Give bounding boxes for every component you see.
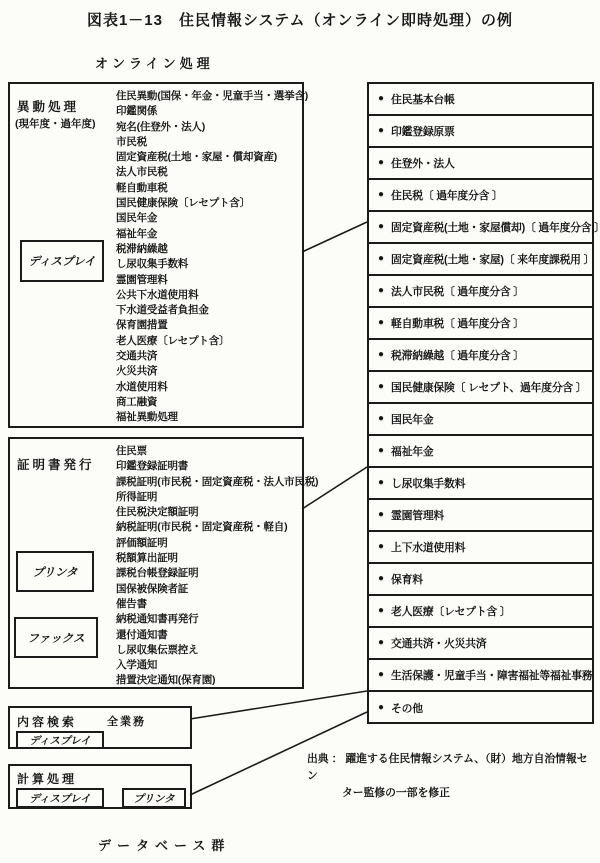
transfer-item: 保育園措置 (116, 318, 308, 333)
certificate-item: 住民税決定額証明 (116, 505, 318, 520)
bullet-icon: ● (378, 670, 384, 680)
database-row: ● 国民健康保険〔 レセプト、過年度分含 〕 (369, 372, 592, 404)
database-row: ● 交通共済・火災共済 (369, 628, 592, 660)
figure-page: 図表1－13 住民情報システム（オンライン即時処理）の例 オンライン処理 異動処… (0, 0, 600, 863)
transfer-item: 火災共済 (116, 364, 308, 379)
transfer-item: 国民健康保険〔レセプト含〕 (116, 196, 308, 211)
database-label: 老人医療〔レセプト含 〕 (391, 604, 510, 619)
display-device-box: ディスプレイ (16, 731, 104, 749)
transfer-box-sublabel: (現年度・過年度) (15, 116, 96, 131)
certificate-item: 入学通知 (116, 658, 318, 673)
transfer-item: 市民税 (116, 135, 308, 150)
certificate-item: 納税証明(市民税・固定資産税・軽自) (116, 520, 318, 535)
bullet-icon: ● (378, 510, 384, 520)
certificate-item: 催告書 (116, 597, 318, 612)
printer-device-box: プリンタ (122, 788, 186, 808)
transfer-box-label: 異動処理 (17, 97, 79, 115)
certificate-item: 印鑑登録証明書 (116, 459, 318, 474)
database-label: し尿収集手数料 (391, 476, 465, 491)
database-row: ● 固定資産税(土地・家屋)〔 来年度課税用 〕 (369, 244, 592, 276)
database-label: 保育料 (391, 572, 423, 587)
bullet-icon: ● (378, 446, 384, 456)
transfer-item-list: 住民異動(国保・年金・児童手当・選挙含) 印鑑関係 宛名(住登外・法人) 市民税… (116, 89, 308, 426)
connector-line (302, 222, 367, 252)
database-label: 軽自動車税〔 過年度分含 〕 (391, 316, 524, 331)
source-note: 出典 ： 躍進する住民情報システム、（財）地方自治情報セン ター監修の一部を修正 (307, 751, 597, 802)
content-search-box: 内容検索 全業務 ディスプレイ (8, 706, 192, 749)
transfer-item: 国民年金 (116, 211, 308, 226)
database-label: 上下水道使用料 (391, 540, 465, 555)
transfer-item: 軽自動車税 (116, 181, 308, 196)
calculation-processing-box: 計算処理 ディスプレイ プリンタ (8, 764, 192, 809)
certificate-item: 措置決定通知(保育園) (116, 673, 318, 688)
transfer-item: 公共下水道使用料 (116, 288, 308, 303)
certificate-item: し尿収集伝票控え (116, 643, 318, 658)
bullet-icon: ● (378, 94, 384, 104)
database-label: 生活保護・児童手当・障害福祉等福祉事務 (391, 668, 592, 683)
bullet-icon: ● (378, 254, 384, 264)
bullet-icon: ● (378, 382, 384, 392)
certificate-item: 税額算出証明 (116, 551, 318, 566)
database-label: 固定資産税(土地・家屋償却)〔 過年度分含 〕 (391, 220, 600, 235)
figure-title: 図表1－13 住民情報システム（オンライン即時処理）の例 (0, 9, 600, 30)
database-row: ● 保育料 (369, 564, 592, 596)
connector-line (190, 691, 367, 719)
fax-device-box: ファックス (14, 617, 98, 658)
transfer-item: 印鑑関係 (116, 104, 308, 119)
transfer-item: 福祉年金 (116, 227, 308, 242)
certificate-item: 評価額証明 (116, 536, 318, 551)
database-label: 住民税〔 過年度分含 〕 (391, 188, 503, 203)
database-row: ● 税滞納繰越〔 過年度分含 〕 (369, 340, 592, 372)
transfer-item: 霊園管理料 (116, 273, 308, 288)
bullet-icon: ● (378, 350, 384, 360)
database-row: ● 生活保護・児童手当・障害福祉等福祉事務 (369, 660, 592, 692)
database-label: 交通共済・火災共済 (391, 636, 486, 651)
database-label: 税滞納繰越〔 過年度分含 〕 (391, 348, 524, 363)
database-row: ● 国民年金 (369, 404, 592, 436)
bullet-icon: ● (378, 638, 384, 648)
bullet-icon: ● (378, 606, 384, 616)
database-row: ● その他 (369, 692, 592, 724)
database-row: ● 老人医療〔レセプト含 〕 (369, 596, 592, 628)
database-row: ● 住民税〔 過年度分含 〕 (369, 180, 592, 212)
transfer-item: 水道使用料 (116, 380, 308, 395)
transfer-item: 法人市民税 (116, 165, 308, 180)
display-device-box: ディスプレイ (16, 788, 104, 808)
calc-box-label: 計算処理 (17, 770, 77, 787)
bullet-icon: ● (378, 703, 384, 713)
database-label: 霊園管理料 (391, 508, 444, 523)
search-box-label: 内容検索 (17, 713, 77, 730)
database-row: ● 印鑑登録原票 (369, 116, 592, 148)
database-panel: ● 住民基本台帳 ● 印鑑登録原票 ● 住登外・法人 ● 住民税〔 過年度分含 … (367, 82, 594, 724)
database-label: 国民年金 (391, 412, 433, 427)
certificate-box-label: 証明書発行 (17, 455, 95, 473)
bullet-icon: ● (378, 126, 384, 136)
database-label: 印鑑登録原票 (391, 124, 455, 139)
source-note-line1: 出典 ： 躍進する住民情報システム、（財）地方自治情報セン (307, 751, 597, 785)
bullet-icon: ● (378, 222, 384, 232)
database-label: 国民健康保険〔 レセプト、過年度分含 〕 (391, 380, 586, 395)
database-row: ● 福祉年金 (369, 436, 592, 468)
certificate-item-list: 住民票 印鑑登録証明書 課税証明(市民税・固定資産税・法人市民税) 所得証明 住… (116, 444, 318, 689)
database-row: ● 固定資産税(土地・家屋償却)〔 過年度分含 〕 (369, 212, 592, 244)
transfer-item: 宛名(住登外・法人) (116, 120, 308, 135)
database-label: その他 (391, 701, 423, 716)
bullet-icon: ● (378, 542, 384, 552)
certificate-item: 課税証明(市民税・固定資産税・法人市民税) (116, 475, 318, 490)
transfer-item: 税滞納繰越 (116, 242, 308, 257)
database-label: 法人市民税〔 過年度分含 〕 (391, 284, 524, 299)
bullet-icon: ● (378, 286, 384, 296)
database-label: 福祉年金 (391, 444, 433, 459)
transfer-item: 老人医療〔レセプト含〕 (116, 334, 308, 349)
certificate-item: 課税台帳登録証明 (116, 566, 318, 581)
database-row: ● し尿収集手数料 (369, 468, 592, 500)
source-note-line2: ター監修の一部を修正 (307, 785, 597, 802)
database-row: ● 霊園管理料 (369, 500, 592, 532)
database-group-label: データベース群 (98, 835, 230, 854)
transfer-item: 下水道受益者負担金 (116, 303, 308, 318)
database-row: ● 住登外・法人 (369, 148, 592, 180)
certificate-item: 納税通知書再発行 (116, 612, 318, 627)
database-label: 住民基本台帳 (391, 92, 455, 107)
certificate-item: 所得証明 (116, 490, 318, 505)
certificate-item: 国保被保険者証 (116, 582, 318, 597)
database-row: ● 住民基本台帳 (369, 84, 592, 116)
online-processing-label: オンライン処理 (95, 53, 214, 72)
database-label: 固定資産税(土地・家屋)〔 来年度課税用 〕 (391, 252, 594, 267)
display-device-box: ディスプレイ (20, 240, 104, 282)
bullet-icon: ● (378, 574, 384, 584)
certificate-item: 還付通知書 (116, 628, 318, 643)
certificate-issuing-box: 証明書発行 住民票 印鑑登録証明書 課税証明(市民税・固定資産税・法人市民税) … (8, 437, 304, 689)
transfer-item: し尿収集手数料 (116, 257, 308, 272)
transfer-item: 福祉異動処理 (116, 410, 308, 425)
database-row: ● 上下水道使用料 (369, 532, 592, 564)
database-row: ● 軽自動車税〔 過年度分含 〕 (369, 308, 592, 340)
database-label: 住登外・法人 (391, 156, 455, 171)
bullet-icon: ● (378, 478, 384, 488)
printer-device-box: プリンタ (16, 551, 94, 592)
bullet-icon: ● (378, 158, 384, 168)
transfer-item: 住民異動(国保・年金・児童手当・選挙含) (116, 89, 308, 104)
database-row: ● 法人市民税〔 過年度分含 〕 (369, 276, 592, 308)
transfer-item: 商工融資 (116, 395, 308, 410)
transfer-processing-box: 異動処理 (現年度・過年度) 住民異動(国保・年金・児童手当・選挙含) 印鑑関係… (8, 82, 304, 428)
transfer-item: 固定資産税(土地・家屋・償却資産) (116, 150, 308, 165)
bullet-icon: ● (378, 190, 384, 200)
search-scope-label: 全業務 (107, 713, 146, 729)
bullet-icon: ● (378, 318, 384, 328)
certificate-item: 住民票 (116, 444, 318, 459)
transfer-item: 交通共済 (116, 349, 308, 364)
bullet-icon: ● (378, 414, 384, 424)
